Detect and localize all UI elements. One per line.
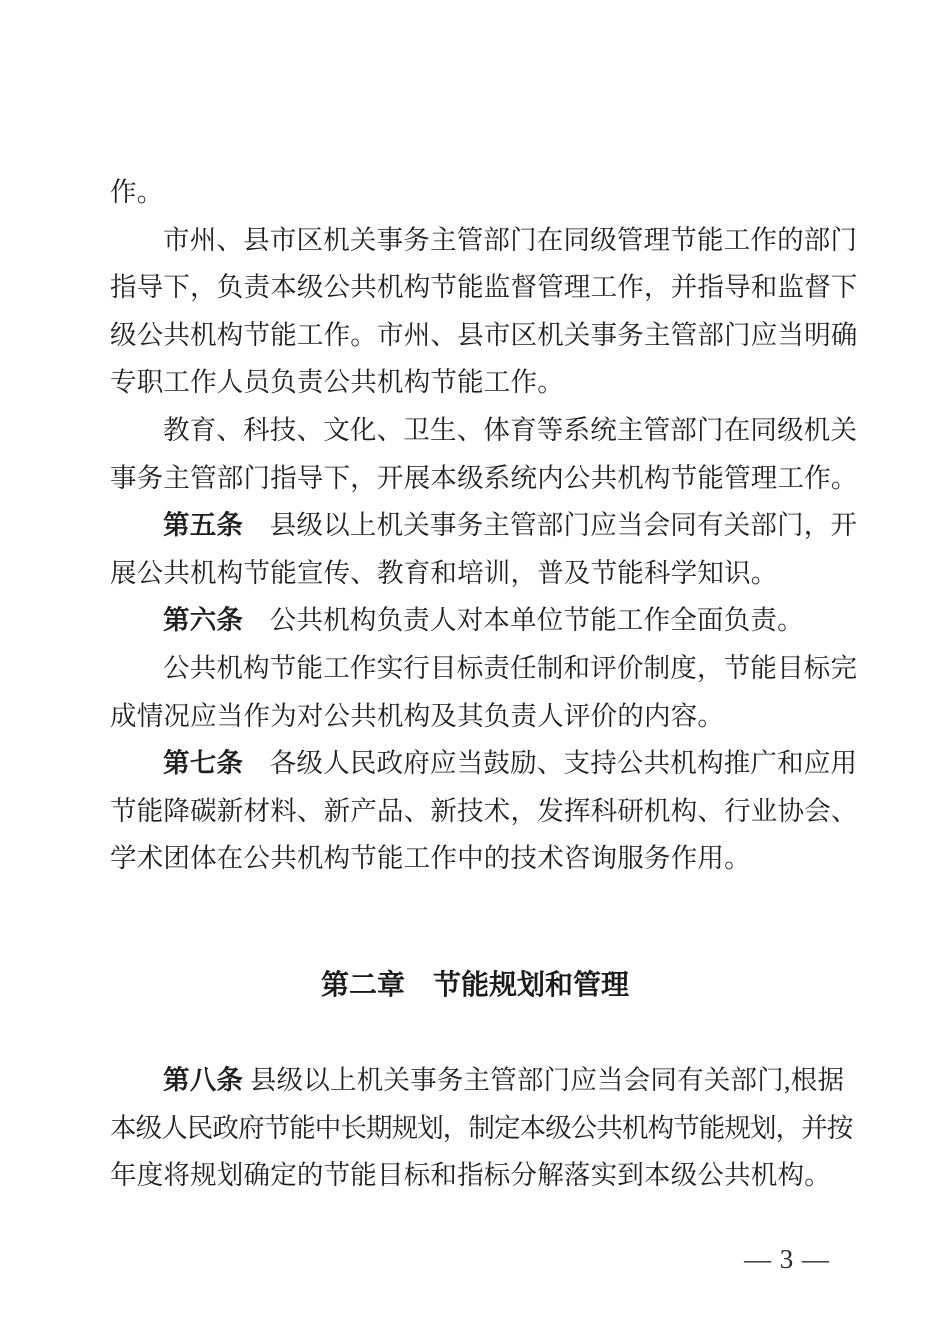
line-text: 展公共机构节能宣传、教育和培训，普及节能科学知识。 (110, 558, 778, 588)
body-line: 成情况应当作为对公共机构及其负责人评价的内容。 (110, 693, 866, 741)
body-line: 本级人民政府节能中长期规划，制定本级公共机构节能规划，并按 (110, 1105, 866, 1153)
line-text: 级公共机构节能工作。市州、县市区机关事务主管部门应当明确 (110, 320, 858, 350)
line-text: 市州、县市区机关事务主管部门在同级管理节能工作的部门 (163, 225, 857, 255)
chapter-heading: 第二章 节能规划和管理 (0, 961, 950, 1009)
body-line: 公共机构节能工作实行目标责任制和评价制度，节能目标完 (110, 645, 866, 693)
line-text: 专职工作人员负责公共机构节能工作。 (110, 367, 564, 397)
line-text: 事务主管部门指导下，开展本级系统内公共机构节能管理工作。 (110, 463, 858, 493)
body-line: 事务主管部门指导下，开展本级系统内公共机构节能管理工作。 (110, 455, 866, 503)
body-line: 级公共机构节能工作。市州、县市区机关事务主管部门应当明确 (110, 312, 866, 360)
article-line: 第五条 县级以上机关事务主管部门应当会同有关部门，开 (110, 502, 866, 550)
body-line: 市州、县市区机关事务主管部门在同级管理节能工作的部门 (110, 217, 866, 265)
article-number-label: 第六条 (163, 605, 243, 635)
line-text: 指导下，负责本级公共机构节能监督管理工作，并指导和监督下 (110, 272, 858, 302)
article-number-label: 第五条 (163, 510, 243, 540)
body-line: 指导下，负责本级公共机构节能监督管理工作，并指导和监督下 (110, 264, 866, 312)
line-text: 县级以上机关事务主管部门应当会同有关部门,根据 (243, 1065, 844, 1095)
chapter-body-block: 第八条 县级以上机关事务主管部门应当会同有关部门,根据 本级人民政府节能中长期规… (110, 1057, 866, 1200)
article-line: 第七条 各级人民政府应当鼓励、支持公共机构推广和应用 (110, 740, 866, 788)
line-text: 教育、科技、文化、卫生、体育等系统主管部门在同级机关 (163, 415, 857, 445)
body-line: 专职工作人员负责公共机构节能工作。 (110, 359, 866, 407)
body-line: 节能降碳新材料、新产品、新技术，发挥科研机构、行业协会、 (110, 788, 866, 836)
body-line: 教育、科技、文化、卫生、体育等系统主管部门在同级机关 (110, 407, 866, 455)
line-text: 成情况应当作为对公共机构及其负责人评价的内容。 (110, 701, 724, 731)
body-line: 作。 (110, 169, 866, 217)
line-text: 县级以上机关事务主管部门应当会同有关部门，开 (243, 510, 857, 540)
line-text: 学术团体在公共机构节能工作中的技术咨询服务作用。 (110, 843, 751, 873)
body-line: 展公共机构节能宣传、教育和培训，普及节能科学知识。 (110, 550, 866, 598)
line-text: 节能降碳新材料、新产品、新技术，发挥科研机构、行业协会、 (110, 796, 858, 826)
document-page: 作。 市州、县市区机关事务主管部门在同级管理节能工作的部门 指导下，负责本级公共… (0, 0, 950, 1344)
line-text: 本级人民政府节能中长期规划，制定本级公共机构节能规划，并按 (110, 1113, 852, 1143)
line-text: 公共机构节能工作实行目标责任制和评价制度，节能目标完 (163, 653, 857, 683)
body-line: 年度将规划确定的节能目标和指标分解落实到本级公共机构。 (110, 1152, 866, 1200)
line-text: 公共机构负责人对本单位节能工作全面负责。 (243, 605, 804, 635)
body-text-block: 作。 市州、县市区机关事务主管部门在同级管理节能工作的部门 指导下，负责本级公共… (110, 169, 866, 883)
article-line: 第八条 县级以上机关事务主管部门应当会同有关部门,根据 (110, 1057, 866, 1105)
article-line: 第六条 公共机构负责人对本单位节能工作全面负责。 (110, 597, 866, 645)
line-text: 各级人民政府应当鼓励、支持公共机构推广和应用 (243, 748, 857, 778)
line-text: 作。 (110, 177, 163, 207)
article-number-label: 第七条 (163, 748, 243, 778)
body-line: 学术团体在公共机构节能工作中的技术咨询服务作用。 (110, 835, 866, 883)
line-text: 年度将规划确定的节能目标和指标分解落实到本级公共机构。 (110, 1160, 831, 1190)
page-number: — 3 — (744, 1236, 830, 1284)
article-number-label: 第八条 (163, 1065, 243, 1095)
